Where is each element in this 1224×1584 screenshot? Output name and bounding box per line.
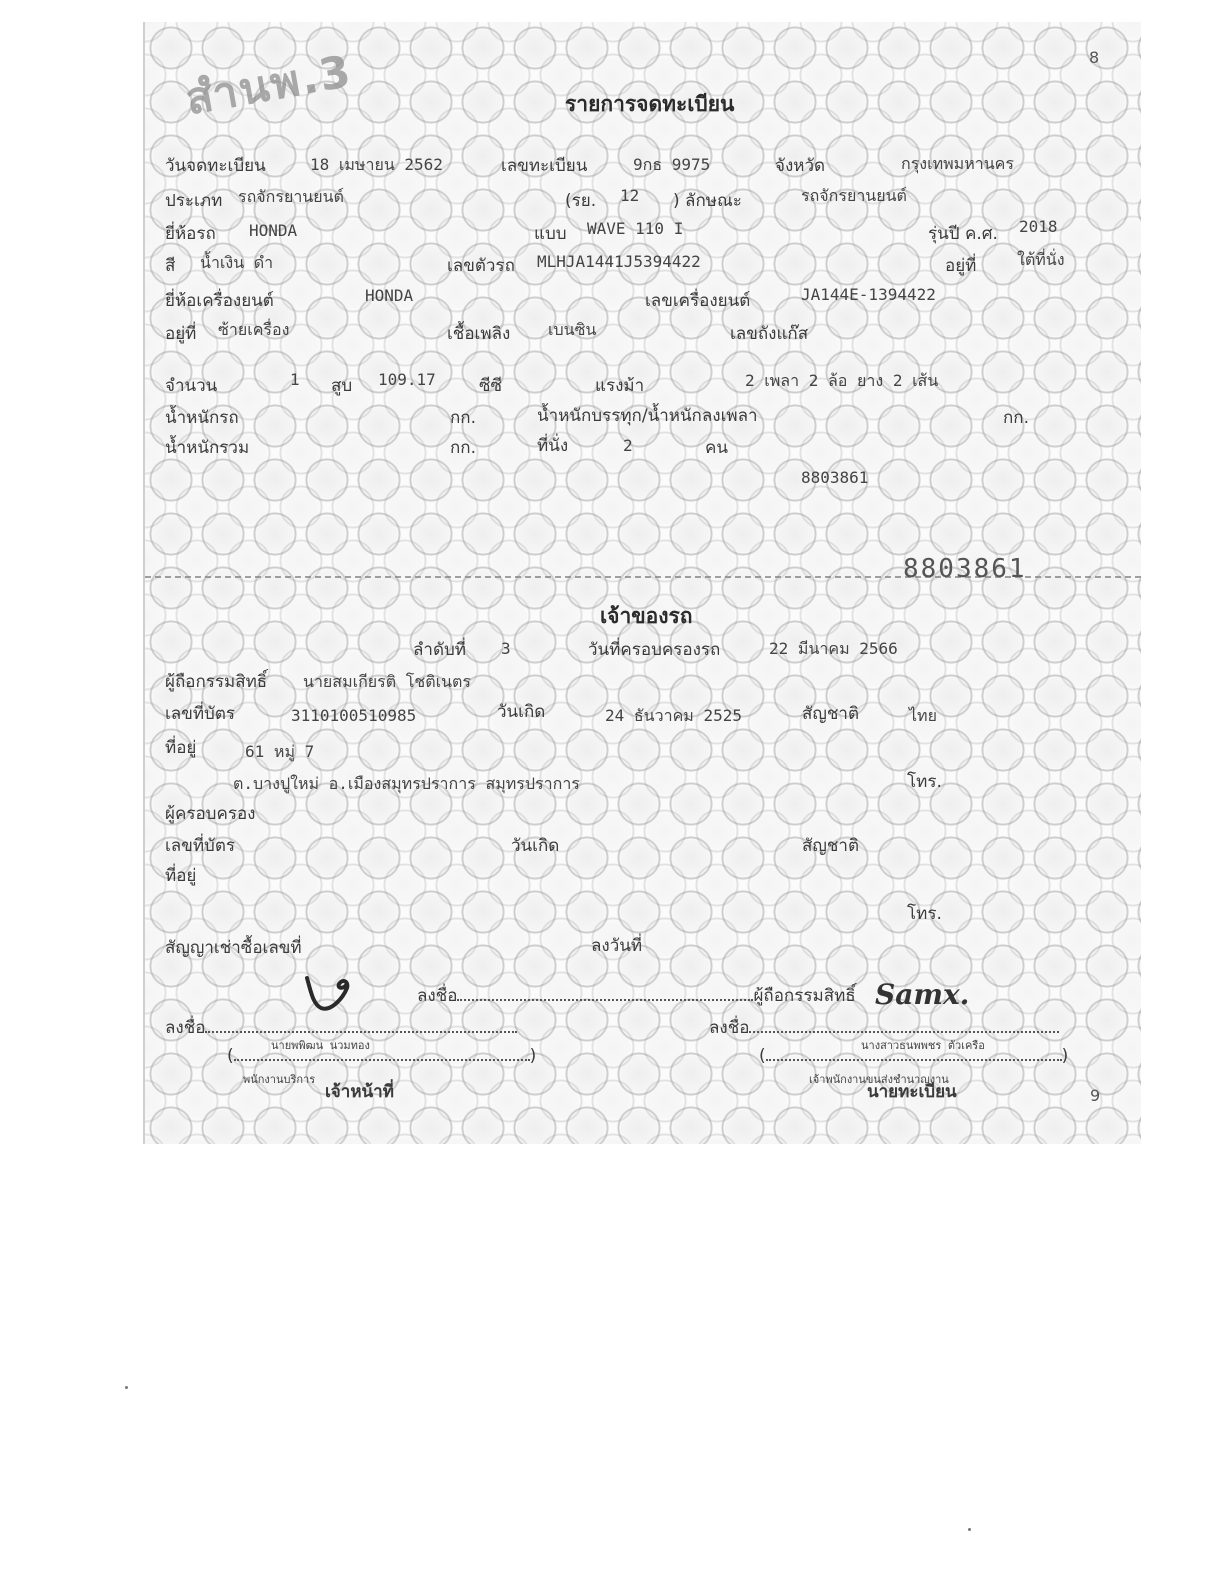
page-number-bottom: 9 (1090, 1086, 1100, 1105)
ry-close-style-label: ) ลักษณะ (673, 187, 742, 214)
kg-unit-2: กก. (1003, 404, 1029, 431)
nationality: ไทย (909, 704, 937, 729)
officer-position: พนักงานบริการ (243, 1070, 315, 1088)
hp-date-label: ลงวันที่ (591, 932, 642, 959)
chassis: MLHJA1441J5394422 (537, 252, 701, 271)
address-line-2: ต.บางปูใหม่ อ.เมืองสมุทรปราการ สมุทรปราก… (233, 772, 580, 797)
possessor-dob-label: วันเกิด (511, 832, 559, 859)
registration-sheet: สำนพ.3 8 รายการจดทะเบียน วันจดทะเบียน 18… (143, 22, 1141, 1144)
engine-no: JA144E-1394422 (801, 285, 936, 304)
chassis-label: เลขตัวรถ (447, 252, 515, 279)
style: รถจักรยานยนต์ (801, 184, 907, 209)
holder-sign-suffix: ผู้ถือกรรมสิทธิ์ (753, 986, 855, 1006)
holder-label: ผู้ถือกรรมสิทธิ์ (165, 668, 267, 695)
phone-label: โทร. (907, 768, 942, 795)
cyl-label: สูบ (331, 372, 352, 399)
year-label: รุ่นปี ค.ศ. (928, 220, 998, 247)
model: WAVE 110 I (587, 219, 683, 238)
fuel-label: เชื้อเพลิง (447, 320, 510, 347)
weight-label: น้ำหนักรถ (165, 404, 239, 431)
seq-label: ลำดับที่ (413, 636, 466, 663)
color-label: สี (165, 252, 175, 279)
count: 1 (290, 370, 300, 389)
brand-label: ยี่ห้อรถ (165, 220, 216, 247)
serial-number: 8803861 (801, 468, 868, 487)
seq: 3 (501, 639, 511, 658)
brand: HONDA (249, 221, 297, 240)
year: 2018 (1019, 217, 1058, 236)
type-label: ประเภท (165, 187, 222, 214)
scan-speck (125, 1386, 128, 1389)
section-title-owner: เจ้าของรถ (600, 600, 693, 633)
page-number-top: 8 (1089, 48, 1099, 67)
nationality-label: สัญชาติ (802, 700, 859, 727)
dob: 24 ธันวาคม 2525 (605, 704, 742, 729)
ry-open: (รย. (565, 187, 596, 214)
engine-brand: HONDA (365, 286, 413, 305)
holder-sign-line: ลงชื่อผู้ถือกรรมสิทธิ์ (417, 982, 856, 1009)
axles: 2 เพลา 2 ล้อ ยาง 2 เส้น (745, 369, 938, 394)
registrar-role: นายทะเบียน (867, 1078, 957, 1105)
scan-speck (968, 1528, 971, 1531)
possess-date-label: วันที่ครอบครองรถ (588, 636, 720, 663)
cc-label: ซีซี (479, 372, 502, 399)
holder-name: นายสมเกียรติ โชติเนตร (303, 670, 471, 695)
engine-loc-label: อยู่ที่ (165, 320, 196, 347)
model-label: แบบ (534, 220, 567, 247)
kg-unit-3: กก. (450, 434, 476, 461)
reg-date: 18 เมษายน 2562 (310, 153, 443, 178)
ry-code: 12 (620, 186, 639, 205)
gas-tank-label: เลขถังแก๊ส (730, 320, 808, 347)
persons-label: คน (705, 434, 728, 461)
possessor-address-label: ที่อยู่ (165, 862, 196, 889)
engine-no-label: เลขเครื่องยนต์ (645, 287, 750, 314)
tear-serial-number: 8803861 (903, 554, 1027, 584)
id-label: เลขที่บัตร (165, 700, 235, 727)
color: น้ำเงิน ดำ (200, 251, 273, 276)
plate-label: เลขทะเบียน (501, 152, 587, 179)
possess-date: 22 มีนาคม 2566 (769, 637, 898, 662)
province: กรุงเทพมหานคร (901, 152, 1014, 177)
hp-label: แรงม้า (595, 372, 644, 399)
holder-handwritten-signature: Samx. (875, 978, 969, 1011)
count-label: จำนวน (165, 372, 217, 399)
reg-date-label: วันจดทะเบียน (165, 152, 266, 179)
load-label: น้ำหนักบรรทุก/น้ำหนักลงเพลา (537, 402, 758, 429)
seats-label: ที่นั่ง (537, 432, 568, 459)
id-number: 3110100510985 (291, 706, 416, 725)
type: รถจักรยานยนต์ (238, 185, 344, 210)
cc: 109.17 (378, 370, 436, 389)
officer-role: เจ้าหน้าที่ (325, 1078, 394, 1105)
province-label: จังหวัด (775, 152, 825, 179)
officer-handwritten-signature (303, 968, 359, 1014)
fuel: เบนซิน (548, 318, 596, 343)
gross-weight-label: น้ำหนักรวม (165, 434, 249, 461)
address-label: ที่อยู่ (165, 734, 196, 761)
possessor-phone-label: โทร. (907, 900, 942, 927)
dob-label: วันเกิด (497, 698, 545, 725)
engine-loc: ซ้ายเครื่อง (218, 318, 289, 343)
chassis-loc: ใต้ที่นั่ง (1017, 248, 1065, 273)
possessor-id-label: เลขที่บัตร (165, 832, 235, 859)
engine-brand-label: ยี่ห้อเครื่องยนต์ (165, 287, 274, 314)
possessor-label: ผู้ครอบครอง (165, 800, 255, 827)
chassis-loc-label: อยู่ที่ (945, 252, 976, 279)
registrar-name-brackets: () (759, 1046, 1068, 1066)
possessor-nationality-label: สัญชาติ (802, 832, 859, 859)
seats: 2 (623, 436, 633, 455)
plate: 9กธ 9975 (633, 153, 710, 178)
section-title-registration: รายการจดทะเบียน (565, 88, 734, 121)
hp-contract-label: สัญญาเช่าซื้อเลขที่ (165, 934, 302, 961)
kg-unit-1: กก. (450, 404, 476, 431)
address-line-1: 61 หมู่ 7 (245, 740, 314, 765)
officer-name-brackets: () (227, 1046, 536, 1066)
